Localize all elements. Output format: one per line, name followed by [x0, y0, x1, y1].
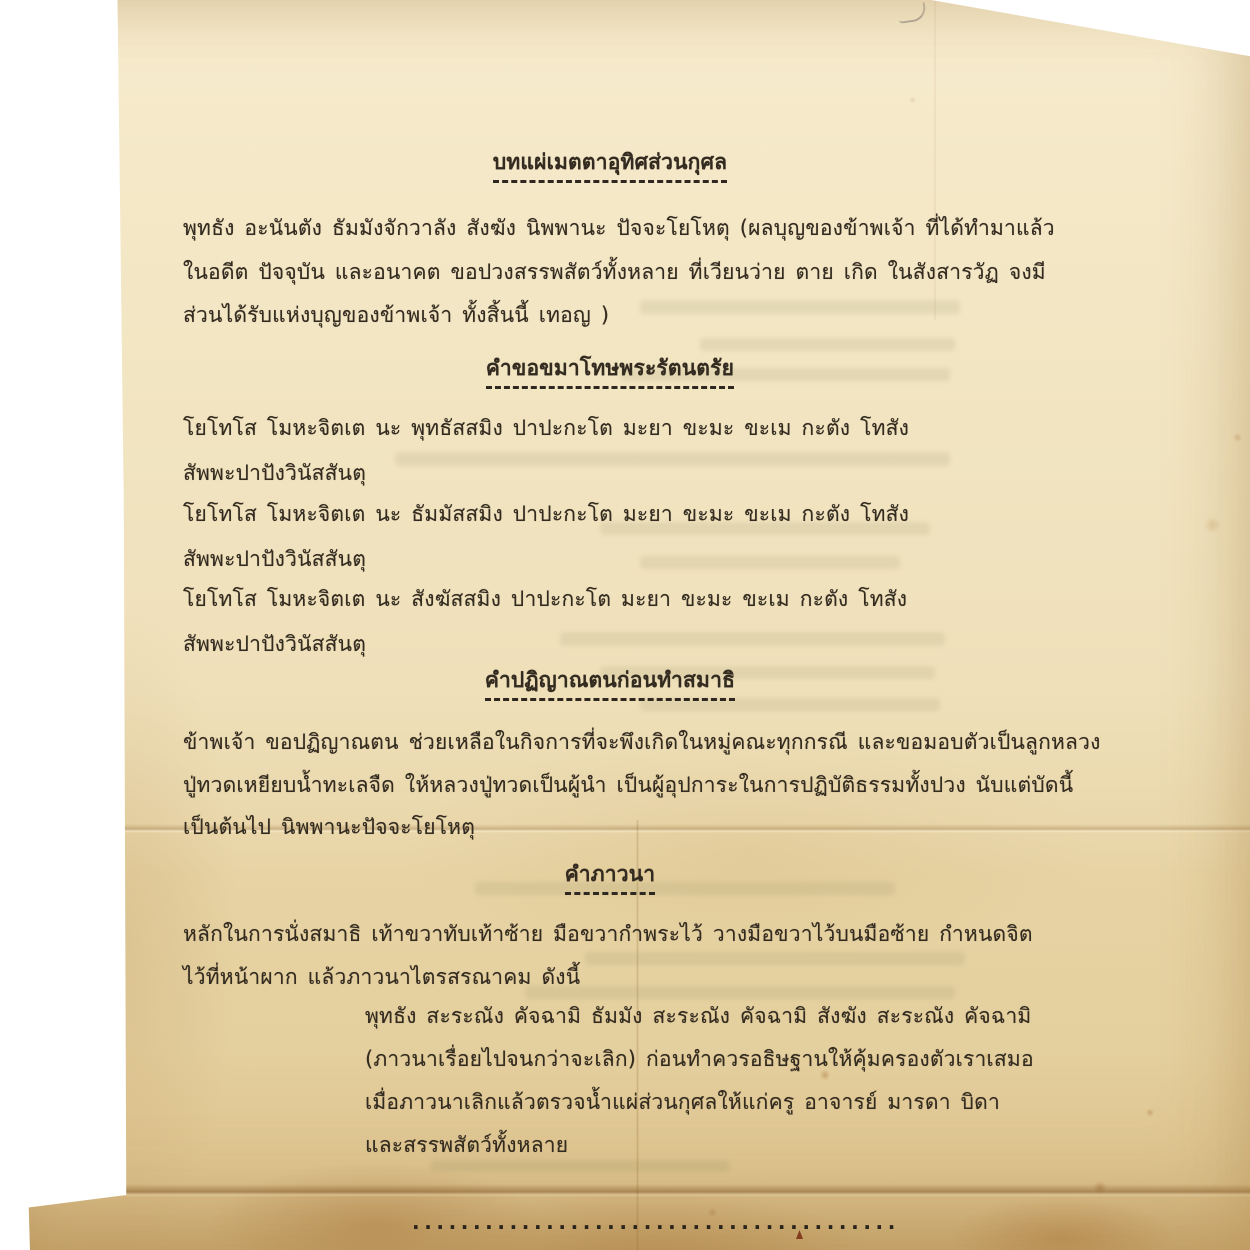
section-heading-pledge: คำปฏิญาณตนก่อนทำสมาธิ	[190, 664, 1030, 701]
indented-line: และสรรพสัตว์ทั้งหลาย	[365, 1129, 568, 1162]
paragraph-line: หลักในการนั่งสมาธิ เท้าขวาทับเท้าซ้าย มื…	[183, 918, 1033, 951]
paragraph-line: ปู่ทวดเหยียบน้ำทะเลจืด ให้หลวงปู่ทวดเป็น…	[183, 769, 1073, 802]
paragraph-line: เป็นต้นไป นิพพานะปัจจะโยโหตุ	[183, 811, 475, 844]
indented-line: เมื่อภาวนาเลิกแล้วตรวจน้ำแผ่ส่วนกุศลให้แ…	[365, 1086, 1000, 1119]
footer-dotted-line: ........................................	[412, 1210, 900, 1234]
section-heading-forgiveness: คำขอขมาโทษพระรัตนตรัย	[190, 352, 1030, 389]
stanza-line: สัพพะปาปังวินัสสันตุ	[183, 543, 366, 576]
heading-text: คำภาวนา	[565, 858, 656, 895]
stanza-line: สัพพะปาปังวินัสสันตุ	[183, 628, 366, 661]
pencil-squiggle-mark	[897, 2, 927, 24]
scan-background: บทแผ่เมตตาอุทิศส่วนกุศล พุทธัง อะนันตัง …	[0, 0, 1250, 1250]
bleed-through-smudge	[640, 556, 900, 569]
section-heading-prayer: คำภาวนา	[190, 858, 1030, 895]
paragraph-line: พุทธัง อะนันตัง ธัมมังจักวาลัง สังฆัง นิ…	[183, 212, 1055, 245]
heading-text: คำปฏิญาณตนก่อนทำสมาธิ	[485, 664, 735, 701]
stanza-line: โยโทโส โมหะจิตเต นะ ธัมมัสสมิง ปาปะกะโต …	[183, 498, 909, 531]
paragraph-line: ส่วนได้รับแห่งบุญของข้าพเจ้า ทั้งสิ้นนี้…	[183, 299, 609, 332]
bleed-through-smudge	[585, 952, 965, 965]
indented-line: พุทธัง สะระณัง คัจฉามิ ธัมมัง สะระณัง คั…	[365, 1000, 1031, 1033]
bleed-through-smudge	[525, 986, 955, 999]
bleed-through-smudge	[640, 300, 960, 314]
bottom-fold-crease	[0, 1184, 1250, 1197]
paragraph-line: ในอดีต ปัจจุบัน และอนาคต ขอปวงสรรพสัตว์ท…	[183, 256, 1046, 289]
stanza-line: โยโทโส โมหะจิตเต นะ สังฆัสสมิง ปาปะกะโต …	[183, 583, 907, 616]
bleed-through-smudge	[395, 452, 950, 466]
indented-line: (ภาวนาเรื่อยไปจนกว่าจะเลิก) ก่อนทำควรอธิ…	[365, 1043, 1034, 1076]
paragraph-line: ข้าพเจ้า ขอปฏิญาณตน ช่วยเหลือในกิจการที่…	[183, 726, 1101, 759]
section-heading-merit-dedication: บทแผ่เมตตาอุทิศส่วนกุศล	[190, 146, 1030, 183]
stanza-line: โยโทโส โมหะจิตเต นะ พุทธัสสมิง ปาปะกะโต …	[183, 412, 909, 445]
heading-text: คำขอขมาโทษพระรัตนตรัย	[486, 352, 734, 389]
stanza-line: สัพพะปาปังวินัสสันตุ	[183, 457, 366, 490]
bleed-through-smudge	[700, 338, 955, 351]
heading-text: บทแผ่เมตตาอุทิศส่วนกุศล	[493, 146, 727, 183]
paragraph-line: ไว้ที่หน้าผาก แล้วภาวนาไตรสรณาคม ดังนี้	[183, 961, 580, 994]
bleed-through-smudge	[560, 632, 945, 646]
